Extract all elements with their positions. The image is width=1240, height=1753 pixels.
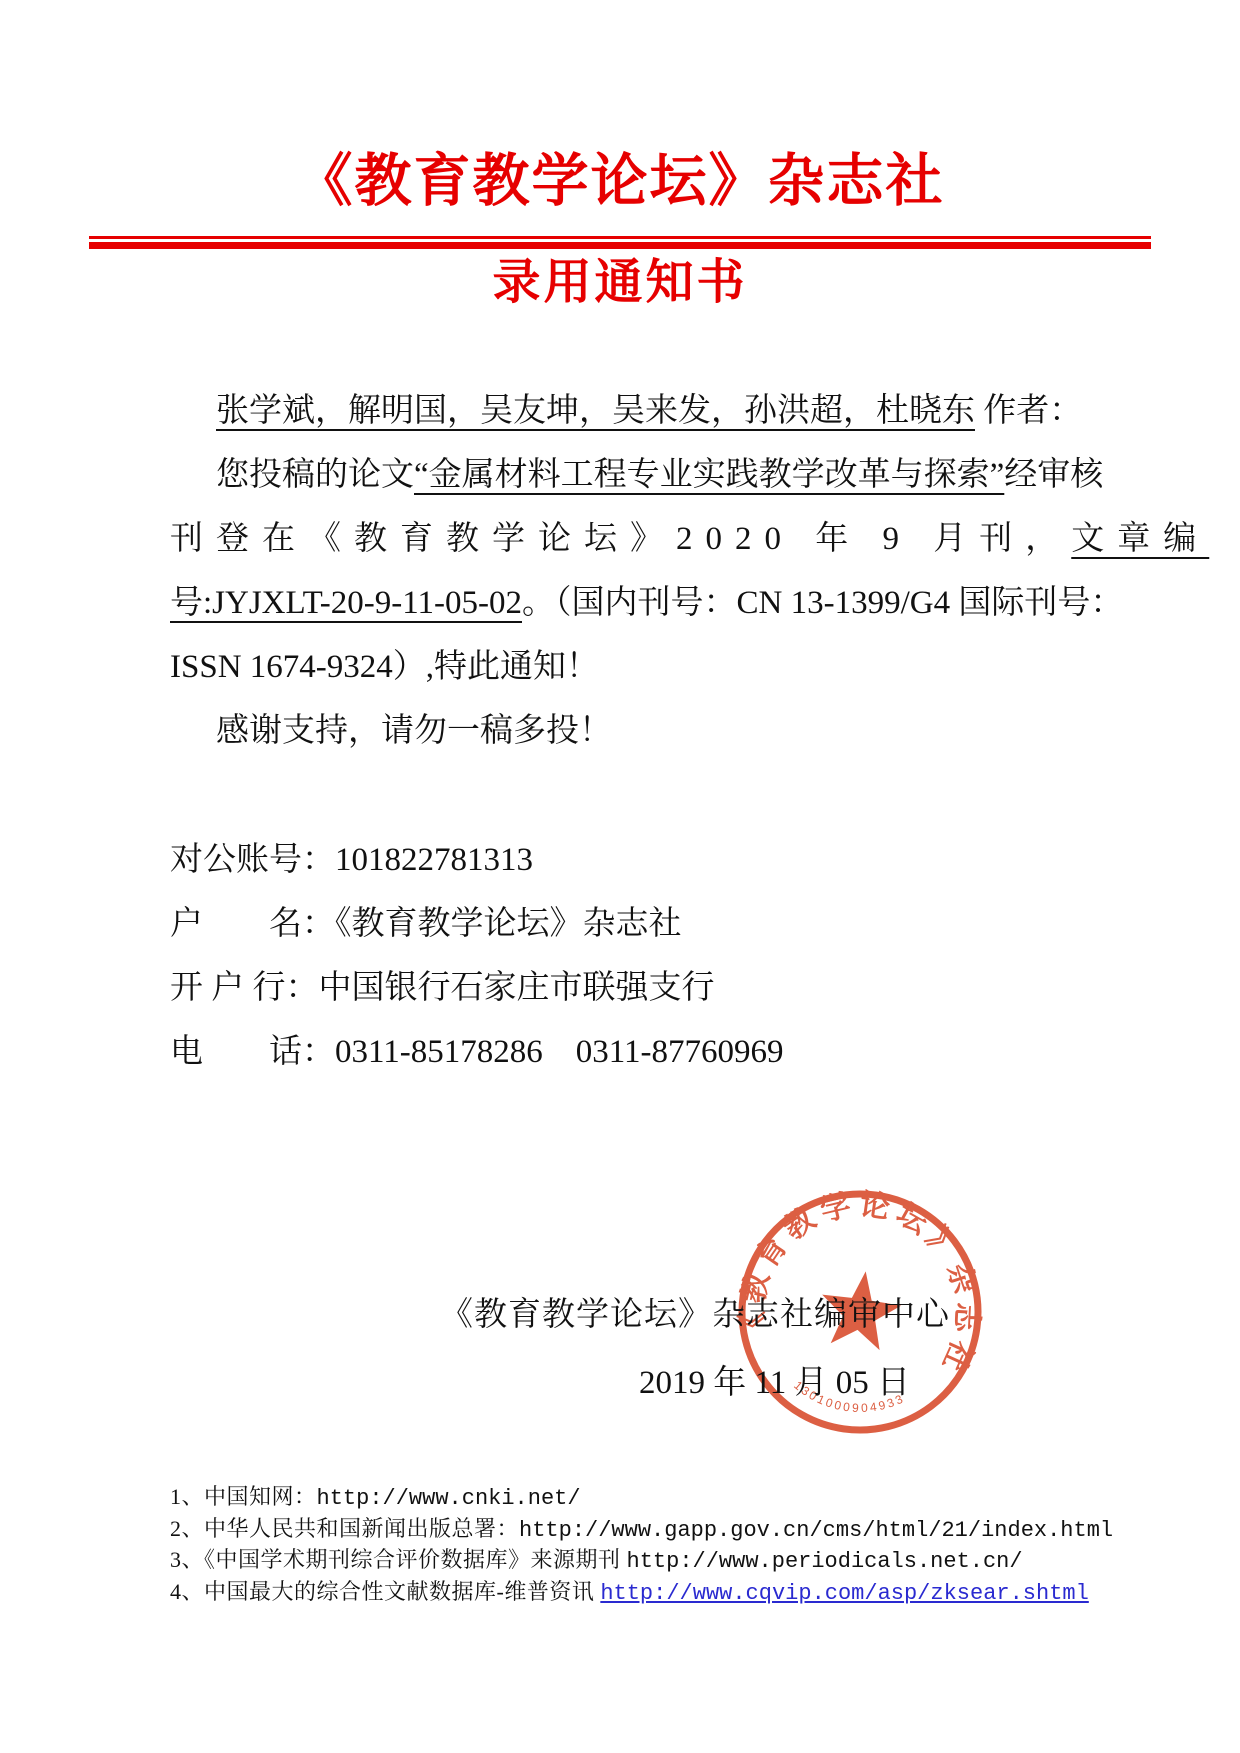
account-holder-value: 《教育教学论坛》杂志社 [335, 906, 682, 942]
acceptance-letter-page: 《教育教学论坛》杂志社 录用通知书 张学斌，解明国，吴友坤，吴来发，孙洪超，杜晓… [0, 0, 1240, 1753]
footer-link-cqvip[interactable]: http://www.cqvip.com/asp/zksear.shtml [600, 1581, 1088, 1606]
footer-url-periodicals: http://www.periodicals.net.cn/ [627, 1549, 1023, 1574]
authors-line: 张学斌，解明国，吴友坤，吴来发，孙洪超，杜晓东 作者： [170, 379, 1080, 443]
footer-url-gapp: http://www.gapp.gov.cn/cms/html/21/index… [519, 1518, 1113, 1543]
account-row-bank: 开 户 行：中国银行石家庄市联强支行 [170, 956, 1080, 1020]
phone-label: 电 话： [170, 1034, 335, 1070]
publish-line: 刊登在《教育教学论坛》2020 年 9 月刊，文章编 [170, 507, 1080, 571]
footer-row-cqvip: 4、中国最大的综合性文献数据库-维普资讯 http://www.cqvip.co… [170, 1577, 1113, 1609]
footer-url-cnki: http://www.cnki.net/ [317, 1486, 581, 1511]
thanks-line: 感谢支持，请勿一稿多投！ [170, 699, 1080, 763]
account-row-number: 对公账号：101822781313 [170, 828, 1080, 892]
account-info: 对公账号：101822781313 户 名：《教育教学论坛》杂志社 开 户 行：… [170, 828, 1080, 1084]
bank-label: 开 户 行： [170, 970, 319, 1006]
footer-row-cnki: 1、中国知网：http://www.cnki.net/ [170, 1482, 1113, 1514]
review-pre: 您投稿的论文 [216, 457, 414, 493]
footer-resources: 1、中国知网：http://www.cnki.net/ 2、中华人民共和国新闻出… [170, 1482, 1113, 1608]
bank-value: 中国银行石家庄市联强支行 [319, 970, 715, 1006]
footer-label-cqvip: 4、中国最大的综合性文献数据库-维普资讯 [170, 1579, 600, 1604]
account-number-value: 101822781313 [335, 842, 533, 878]
article-no-prefix: 文章编 [1071, 521, 1209, 557]
article-number: 号:JYJXLT-20-9-11-05-02 [170, 585, 522, 621]
phone-value: 0311-85178286 0311-87760969 [335, 1034, 784, 1070]
footer-label-cnki: 1、中国知网： [170, 1484, 317, 1509]
letter-body: 张学斌，解明国，吴友坤，吴来发，孙洪超，杜晓东 作者： 您投稿的论文“金属材料工… [170, 379, 1080, 763]
magazine-title: 《教育教学论坛》杂志社 [0, 0, 1240, 226]
article-no-line: 号:JYJXLT-20-9-11-05-02。（国内刊号：CN 13-1399/… [170, 571, 1080, 635]
signature-date: 2019 年 11 月 05 日 [639, 1360, 910, 1406]
author-names: 张学斌，解明国，吴友坤，吴来发，孙洪超，杜晓东 [216, 393, 975, 429]
review-post: 经审核 [1004, 457, 1103, 493]
account-holder-label: 户 名： [170, 906, 335, 942]
footer-row-periodicals: 3、《中国学术期刊综合评价数据库》来源期刊 http://www.periodi… [170, 1545, 1113, 1577]
divider-thick-line [89, 242, 1151, 249]
issn-line: ISSN 1674-9324）,特此通知！ [170, 635, 1080, 699]
footer-row-gapp: 2、中华人民共和国新闻出版总署：http://www.gapp.gov.cn/c… [170, 1514, 1113, 1546]
paper-title: “金属材料工程专业实践教学改革与探索” [414, 457, 1004, 493]
authors-suffix: 作者： [975, 393, 1082, 429]
review-line: 您投稿的论文“金属材料工程专业实践教学改革与探索”经审核 [170, 443, 1080, 507]
publish-text: 刊登在《教育教学论坛》2020 年 9 月刊， [170, 521, 1071, 557]
letter-title: 录用通知书 [0, 255, 1240, 311]
account-row-holder: 户 名：《教育教学论坛》杂志社 [170, 892, 1080, 956]
account-number-label: 对公账号： [170, 842, 335, 878]
double-rule-divider [89, 236, 1151, 249]
footer-label-periodicals: 3、《中国学术期刊综合评价数据库》来源期刊 [170, 1547, 627, 1572]
signature-org: 《教育教学论坛》杂志社编审中心 [440, 1292, 950, 1338]
footer-label-gapp: 2、中华人民共和国新闻出版总署： [170, 1516, 519, 1541]
account-row-phone: 电 话：0311-85178286 0311-87760969 [170, 1020, 1080, 1084]
journal-cn-number: 。（国内刊号：CN 13-1399/G4 国际刊号： [522, 585, 1123, 621]
